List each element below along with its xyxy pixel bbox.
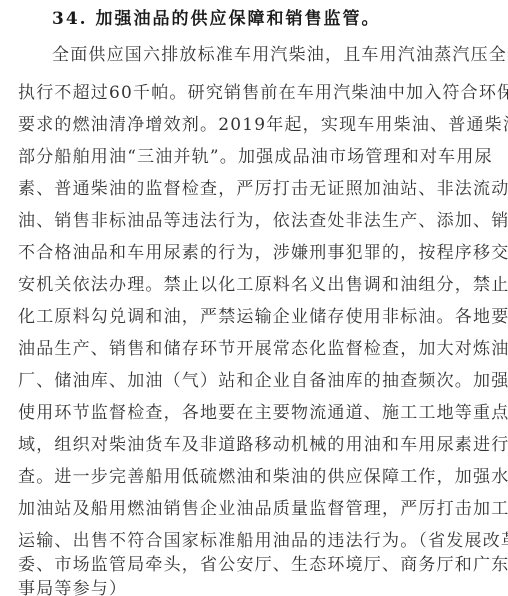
paragraph-line: 素、普通柴油的监督检查，严厉打击无证照加油站、非法流动加 xyxy=(18,174,490,199)
paragraph-line: 加油站及船用燃油销售企业油品质量监督管理，严厉打击加工、 xyxy=(18,494,490,519)
paragraph-line: 厂、储油库、加油（气）站和企业自备油库的抽查频次。加强 xyxy=(18,366,490,391)
paragraph-line: 域，组织对柴油货车及非道路移动机械的用油和车用尿素进行抽 xyxy=(18,430,490,455)
paragraph-line: 安机关依法办理。禁止以化工原料名义出售调和油组分，禁止以 xyxy=(18,270,490,295)
paragraph-line: 查。进一步完善船用低硫燃油和柴油的供应保障工作，加强水上 xyxy=(18,462,490,487)
paragraph-line: 执行不超过60千帕。研究销售前在车用汽柴油中加入符合环保 xyxy=(18,78,490,103)
paragraph-line: 要求的燃油清净增效剂。2019年起，实现车用柴油、普通柴油、 xyxy=(18,110,490,135)
section-heading: 34. 加强油品的供应保障和销售监管。 xyxy=(52,4,381,29)
paragraph-line: 油品生产、销售和储存环节开展常态化监督检查，加大对炼油 xyxy=(18,334,490,359)
paragraph-line: 部分船舶用油“三油并轨”。加强成品油市场管理和对车用尿 xyxy=(18,142,490,167)
paragraph-line: 委、市场监管局牵头，省公安厅、生态环境厅、商务厅和广东海 xyxy=(18,550,490,575)
paragraph-line: 油、销售非标油品等违法行为，依法查处非法生产、添加、销售 xyxy=(18,206,490,231)
paragraph-line: 不合格油品和车用尿素的行为，涉嫌刑事犯罪的，按程序移交公 xyxy=(18,238,490,263)
document-page: 34. 加强油品的供应保障和销售监管。 全面供应国六排放标准车用汽柴油，且车用汽… xyxy=(0,0,508,596)
paragraph-line: 运输、出售不符合国家标准船用油品的违法行为。（省发展改革 xyxy=(18,526,490,551)
paragraph-line: 事局等参与） xyxy=(18,574,490,596)
paragraph-line: 使用环节监督检查，各地要在主要物流通道、施工工地等重点区 xyxy=(18,398,490,423)
paragraph-line: 全面供应国六排放标准车用汽柴油，且车用汽油蒸汽压全年 xyxy=(52,40,490,65)
paragraph-line: 化工原料勾兑调和油，严禁运输企业储存使用非标油。各地要在 xyxy=(18,302,490,327)
